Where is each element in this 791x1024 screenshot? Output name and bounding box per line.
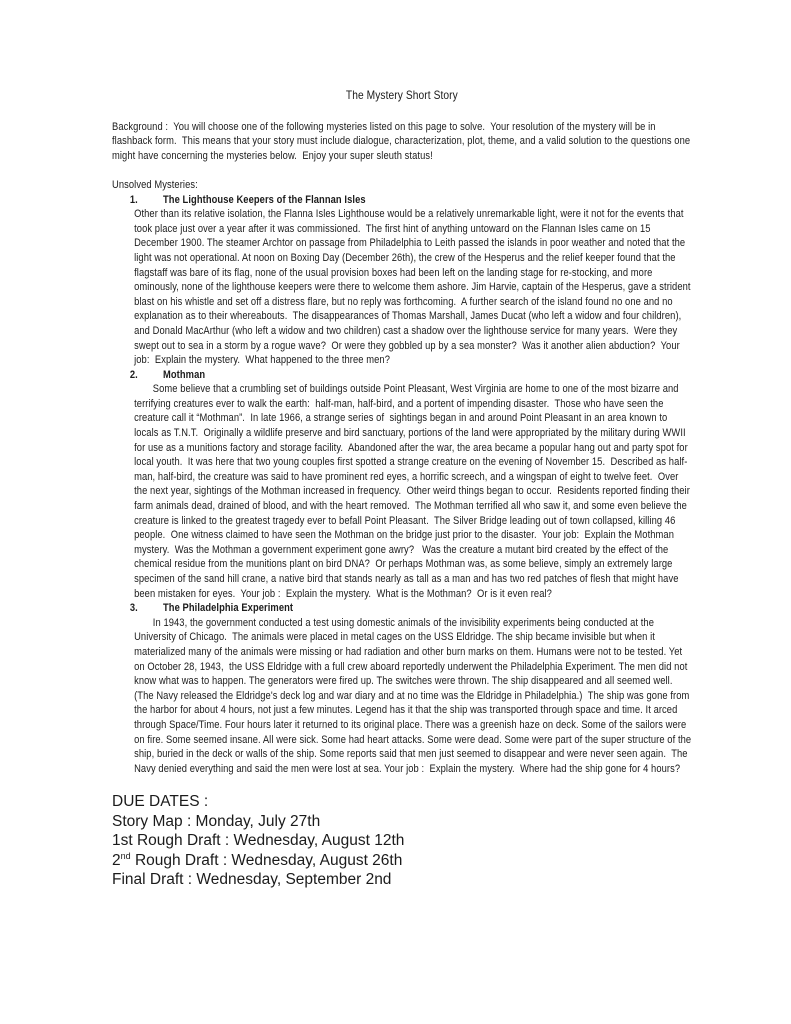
due-date-second-rough-draft: 2nd Rough Draft : Wednesday, August 26th [112, 851, 791, 871]
ordinal-number: 2 [112, 852, 121, 869]
due-dates-heading: DUE DATES : [112, 792, 791, 812]
due-date-text: Rough Draft : Wednesday, August 26th [131, 852, 403, 869]
mystery-body: Some believe that a crumbling set of bui… [134, 382, 692, 601]
background-paragraph: Background : You will choose one of the … [112, 120, 692, 164]
document-title: The Mystery Short Story [112, 88, 692, 103]
mystery-number: 3. [130, 601, 163, 616]
mystery-title: Mothman [163, 368, 692, 383]
mystery-body: Other than its relative isolation, the F… [134, 207, 692, 368]
due-date-story-map: Story Map : Monday, July 27th [112, 812, 791, 832]
mystery-number: 2. [130, 368, 163, 383]
mystery-section-philadelphia: 3. The Philadelphia Experiment In 1943, … [112, 601, 692, 776]
mystery-heading: 2. Mothman [112, 368, 692, 383]
mystery-title: The Philadelphia Experiment [163, 601, 692, 616]
mystery-heading: 1. The Lighthouse Keepers of the Flannan… [112, 193, 692, 208]
mystery-body: In 1943, the government conducted a test… [134, 616, 692, 777]
due-date-first-rough-draft: 1st Rough Draft : Wednesday, August 12th [112, 831, 791, 851]
mystery-number: 1. [130, 193, 163, 208]
unsolved-mysteries-heading: Unsolved Mysteries: [112, 178, 692, 193]
mystery-section-mothman: 2. Mothman Some believe that a crumbling… [112, 368, 692, 602]
document-page: The Mystery Short Story Background : You… [0, 0, 791, 1024]
due-date-final-draft: Final Draft : Wednesday, September 2nd [112, 870, 791, 890]
ordinal-suffix: nd [121, 851, 131, 861]
mystery-title: The Lighthouse Keepers of the Flannan Is… [163, 193, 692, 208]
due-dates-section: DUE DATES : Story Map : Monday, July 27t… [112, 792, 791, 890]
mystery-section-lighthouse: 1. The Lighthouse Keepers of the Flannan… [112, 193, 692, 368]
mystery-heading: 3. The Philadelphia Experiment [112, 601, 692, 616]
document-content: The Mystery Short Story Background : You… [112, 88, 692, 776]
